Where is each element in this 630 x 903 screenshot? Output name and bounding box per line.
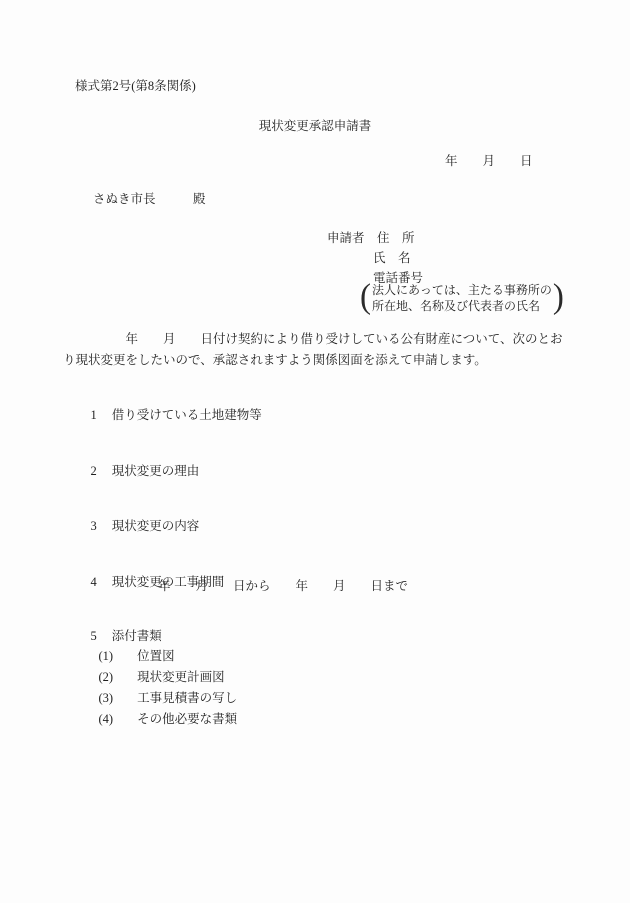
body-paragraph-line1: 年 月 日付け契約により借り受けしている公有財産について、次のとお	[63, 331, 563, 348]
applicant-address-line: 申請者 住 所	[327, 230, 415, 247]
date-line: 年 月 日	[445, 153, 533, 170]
corporate-note: ( 法人にあっては、主たる事務所の所在地、名称及び代表者の氏名 )	[360, 281, 564, 314]
form-number: 様式第2号(第8条関係)	[75, 78, 196, 95]
attachment-4-line: (4)その他必要な書類	[86, 694, 237, 745]
open-paren: (	[360, 280, 371, 315]
item-2-line: 2現状変更の理由	[78, 446, 199, 497]
item-4-number: 4	[91, 575, 97, 589]
addressee-line: さぬき市長 殿	[93, 191, 206, 208]
attachment-4-number: (4)	[99, 712, 114, 726]
corporate-note-line1: 法人にあっては、主たる事務所の	[372, 283, 552, 297]
item-3-number: 3	[91, 519, 97, 533]
applicant-name-line: 氏 名	[373, 250, 411, 267]
attachment-4-label: その他必要な書類	[137, 712, 237, 726]
corporate-note-line2: 所在地、名称及び代表者の氏名	[372, 299, 540, 313]
item-3-line: 3現状変更の内容	[78, 501, 199, 552]
item-3-label: 現状変更の内容	[112, 519, 200, 533]
document-title: 現状変更承認申請書	[0, 118, 630, 135]
corporate-note-text: 法人にあっては、主たる事務所の所在地、名称及び代表者の氏名	[372, 282, 552, 314]
body-paragraph-line2: り現状変更をしたいので、承認されますよう関係図面を添えて申請します。	[63, 352, 487, 369]
item-1-label: 借り受けている土地建物等	[112, 408, 262, 422]
item-2-label: 現状変更の理由	[112, 464, 200, 478]
application-form-page: 様式第2号(第8条関係) 現状変更承認申請書 年 月 日 さぬき市長 殿 申請者…	[0, 0, 630, 903]
close-paren: )	[553, 280, 564, 315]
item-1-line: 1借り受けている土地建物等	[78, 390, 262, 441]
item-2-number: 2	[91, 464, 97, 478]
item-4-period-line: 年 月 日から 年 月 日まで	[158, 578, 408, 595]
item-1-number: 1	[91, 408, 97, 422]
